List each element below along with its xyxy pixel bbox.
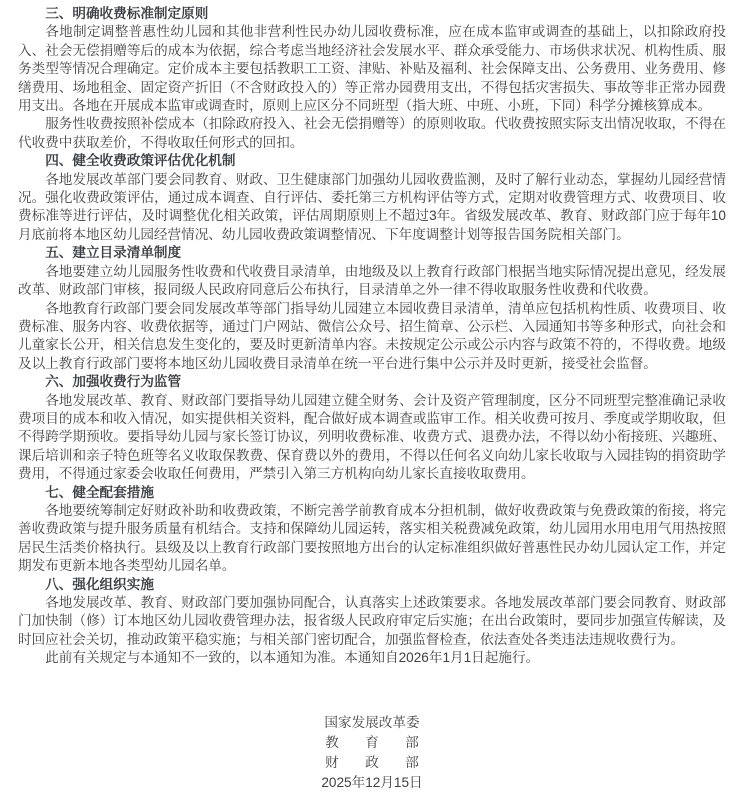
- notice-document: 三、明确收费标准制定原则 各地制定调整普惠性幼儿园和其他非营利性民办幼儿园收费标…: [0, 0, 741, 800]
- issuer-moe: 教育部: [18, 733, 726, 753]
- paragraph: 服务性收费按照补偿成本（扣除政府投入、社会无偿捐赠等）的原则收取。代收费按照实际…: [18, 115, 726, 152]
- issuer-label: 财政部: [325, 753, 419, 773]
- closing-paragraph: 此前有关规定与本通知不一致的，以本通知为准。本通知自2026年1月1日起施行。: [18, 649, 726, 667]
- section-heading-4: 四、健全收费政策评估优化机制: [18, 152, 726, 170]
- paragraph: 各地教育行政部门要会同发展改革等部门指导幼儿园建立本园收费目录清单，清单应包括机…: [18, 300, 726, 374]
- paragraph: 各地要统筹制定好财政补助和收费政策，不断完善学前教育成本分担机制，做好收费政策与…: [18, 502, 726, 576]
- paragraph: 各地发展改革、教育、财政部门要指导幼儿园建立健全财务、会计及资产管理制度，区分不…: [18, 392, 726, 484]
- paragraph: 各地制定调整普惠性幼儿园和其他非营利性民办幼儿园收费标准，应在成本监审或调查的基…: [18, 23, 726, 115]
- section-heading-5: 五、建立目录清单制度: [18, 244, 726, 262]
- paragraph: 各地发展改革、教育、财政部门要加强协同配合，认真落实上述政策要求。各地发展改革部…: [18, 594, 726, 649]
- paragraph: 各地要建立幼儿园服务性收费和代收费目录清单，由地级及以上教育行政部门根据当地实际…: [18, 263, 726, 300]
- section-heading-6: 六、加强收费行为监管: [18, 373, 726, 391]
- signature-date: 2025年12月15日: [18, 773, 726, 793]
- paragraph: 各地发展改革部门要会同教育、财政、卫生健康部门加强幼儿园收费监测，及时了解行业动…: [18, 171, 726, 245]
- issuer-label: 教育部: [325, 733, 419, 753]
- issuer-ndrc: 国家发展改革委: [18, 713, 726, 733]
- section-heading-7: 七、健全配套措施: [18, 484, 726, 502]
- section-heading-3: 三、明确收费标准制定原则: [18, 5, 726, 23]
- issuer-mof: 财政部: [18, 753, 726, 773]
- section-heading-8: 八、强化组织实施: [18, 576, 726, 594]
- issuer-label: 国家发展改革委: [324, 715, 419, 730]
- signature-block: 国家发展改革委 教育部 财政部 2025年12月15日: [18, 713, 726, 793]
